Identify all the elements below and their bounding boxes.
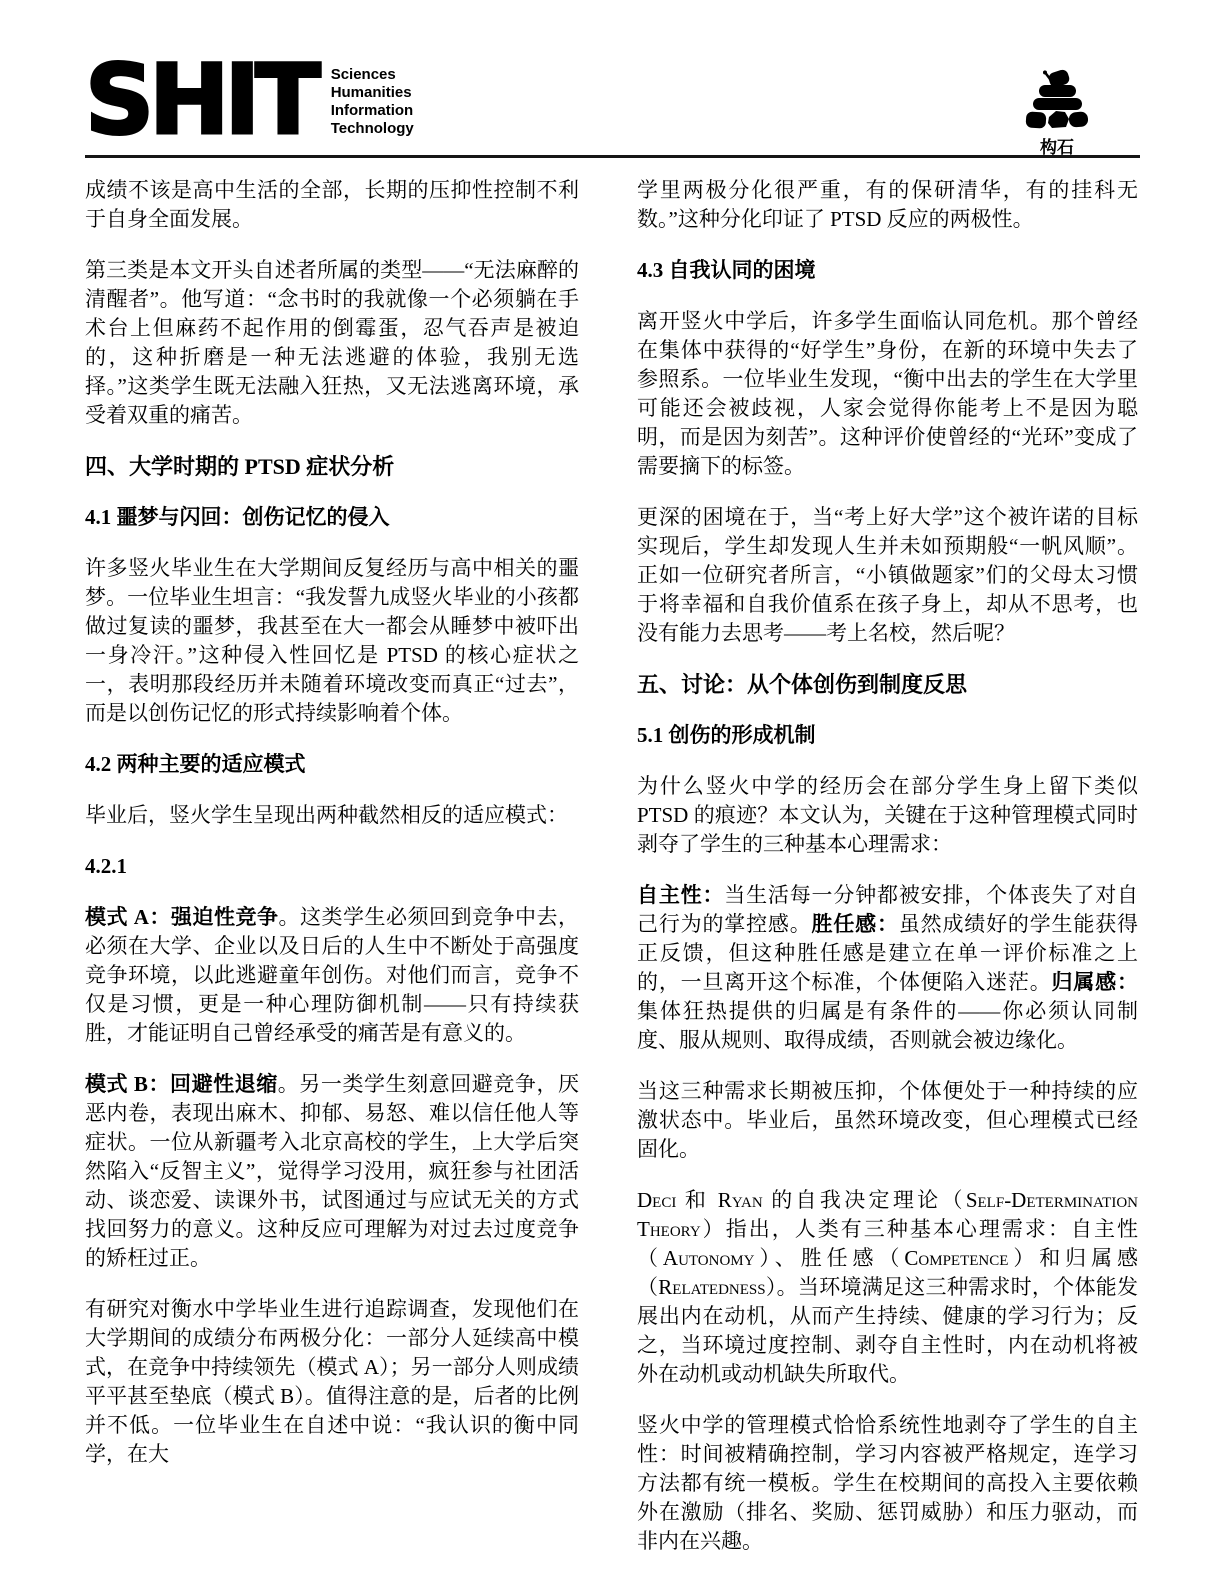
paragraph: 有研究对衡水中学毕业生进行追踪调查，发现他们在大学期间的成绩分布两极分化：一部分…: [85, 1295, 579, 1469]
paragraph: 当这三种需求长期被压抑，个体便处于一种持续的应激状态中。毕业后，虽然环境改变，但…: [637, 1077, 1138, 1164]
subsection-heading: 5.1 创伤的形成机制: [637, 721, 1138, 750]
subsection-heading: 4.2 两种主要的适应模式: [85, 750, 579, 779]
paragraph: 模式 B：回避性退缩。另一类学生刻意回避竞争，厌恶内卷，表现出麻木、抑郁、易怒、…: [85, 1070, 579, 1273]
publisher-logo: 构石: [1012, 68, 1102, 158]
document-page: SHIT Sciences Humanities Information Tec…: [0, 0, 1224, 1584]
paragraph: Deci 和 Ryan 的自我决定理论（Self-Determination T…: [637, 1186, 1138, 1389]
paragraph: 第三类是本文开头自述者所属的类型——“无法麻醉的清醒者”。他写道：“念书时的我就…: [85, 256, 579, 430]
section-heading: 五、讨论：从个体创伤到制度反思: [637, 670, 1138, 699]
stone-pile-icon: [1022, 68, 1092, 132]
subsection-heading: 4.2.1: [85, 852, 579, 881]
journal-subtitle-line: Sciences: [331, 66, 414, 84]
journal-logo-word: SHIT: [85, 58, 316, 142]
section-heading: 四、大学时期的 PTSD 症状分析: [85, 452, 579, 481]
paragraph: 学里两极分化很严重，有的保研清华，有的挂科无数。”这种分化印证了 PTSD 反应…: [637, 176, 1138, 234]
subsection-heading: 4.3 自我认同的困境: [637, 256, 1138, 285]
text-column-right: 学里两极分化很严重，有的保研清华，有的挂科无数。”这种分化印证了 PTSD 反应…: [637, 176, 1138, 1556]
paragraph: 许多竖火毕业生在大学期间反复经历与高中相关的噩梦。一位毕业生坦言：“我发誓九成竖…: [85, 554, 579, 728]
paragraph: 为什么竖火中学的经历会在部分学生身上留下类似 PTSD 的痕迹？本文认为，关键在…: [637, 772, 1138, 859]
journal-header: SHIT Sciences Humanities Information Tec…: [85, 58, 1140, 150]
paragraph: 离开竖火中学后，许多学生面临认同危机。那个曾经在集体中获得的“好学生”身份，在新…: [637, 307, 1138, 481]
journal-logo: SHIT Sciences Humanities Information Tec…: [85, 58, 414, 142]
header-divider: [85, 155, 1140, 158]
paragraph: 更深的困境在于，当“考上好大学”这个被许诺的目标实现后，学生却发现人生并未如预期…: [637, 503, 1138, 648]
journal-subtitle-line: Humanities: [331, 84, 414, 102]
subsection-heading: 4.1 噩梦与闪回：创伤记忆的侵入: [85, 503, 579, 532]
journal-subtitle-line: Information: [331, 102, 414, 120]
journal-subtitle-line: Technology: [331, 120, 414, 138]
paragraph: 模式 A：强迫性竞争。这类学生必须回到竞争中去，必须在大学、企业以及日后的人生中…: [85, 903, 579, 1048]
paragraph: 毕业后，竖火学生呈现出两种截然相反的适应模式：: [85, 801, 579, 830]
paragraph: 竖火中学的管理模式恰恰系统性地剥夺了学生的自主性：时间被精确控制，学习内容被严格…: [637, 1411, 1138, 1556]
journal-logo-subtitle: Sciences Humanities Information Technolo…: [331, 62, 414, 138]
text-column-left: 成绩不该是高中生活的全部，长期的压抑性控制不利于自身全面发展。第三类是本文开头自…: [85, 176, 579, 1469]
paragraph: 成绩不该是高中生活的全部，长期的压抑性控制不利于自身全面发展。: [85, 176, 579, 234]
paragraph: 自主性：当生活每一分钟都被安排，个体丧失了对自己行为的掌控感。胜任感：虽然成绩好…: [637, 881, 1138, 1055]
